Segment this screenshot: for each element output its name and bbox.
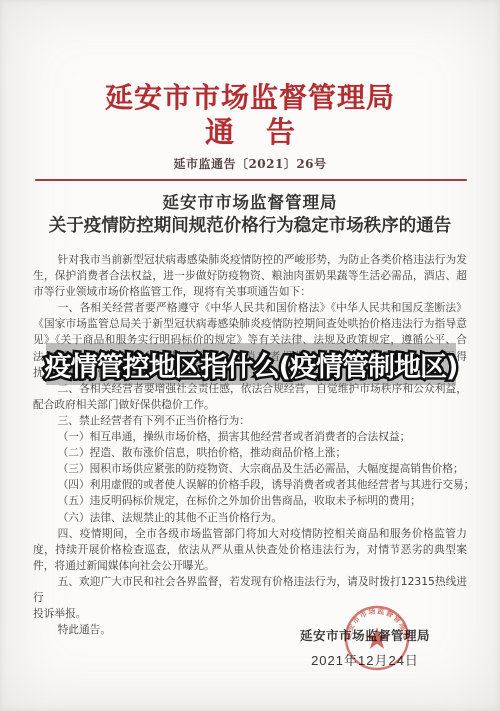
- body-line: （四）利用虚假的或者使人误解的价格手段，诱导消费者或者其他经营者与其进行交易；: [33, 477, 467, 493]
- body-line: （二）捏造、散布涨价信息，哄抬价格，推动商品价格上涨；: [33, 445, 467, 461]
- body-line: 四、疫情期间，全市各级市场监管部门将加大对疫情防控相关商品和服务价格监管力: [33, 526, 467, 542]
- notice-title-line1: 延安市市场监督管理局: [0, 189, 500, 213]
- notice-body: 针对我市当前新型冠状病毒感染肺炎疫情防控的严峻形势，为防止各类价格违法行为发生，…: [33, 252, 467, 638]
- notice-title-line2: 关于疫情防控期间规范价格行为稳定市场秩序的通告: [0, 212, 500, 237]
- notice-document-photo: 延安市市场监督管理局 通 告 延市监通告〔2021〕26号 延安市市场监督管理局…: [0, 0, 500, 711]
- caption-overlay-band: 疫情管控地区指什么(疫情管制地区): [46, 343, 456, 385]
- letterhead-notice-type: 通 告: [0, 110, 500, 151]
- caption-overlay-text: 疫情管控地区指什么(疫情管制地区): [45, 345, 458, 384]
- body-line: 配合政府相关部门做好保供稳价工作。: [33, 397, 467, 413]
- letterhead-rule: [35, 179, 467, 181]
- seal-star-icon: [366, 627, 389, 649]
- body-line: 一、各相关经营者要严格遵守《中华人民共和国价格法》《中华人民共和国反垄断法》: [33, 300, 467, 316]
- body-line: 件，将通过新闻媒体向社会公开曝光。: [33, 558, 467, 574]
- body-line: （六）法律、法规禁止的其他不正当价格行为。: [33, 510, 467, 526]
- official-seal: 延安市市场监督管理局: [340, 601, 414, 675]
- body-line: 针对我市当前新型冠状病毒感染肺炎疫情防控的严峻形势，为防止各类价格违法行为发: [33, 252, 467, 268]
- body-line: （一）相互串通，操纵市场价格，损害其他经营者或者消费者的合法权益；: [33, 429, 467, 445]
- body-line: 度，持续开展价格检查巡查，依法从严从重从快查处价格违法行为，对情节恶劣的典型案: [33, 542, 467, 558]
- body-line: 三、禁止经营者有下列不正当价格行为：: [33, 413, 467, 429]
- body-line: （三）囤积市场供应紧张的防疫物资、大宗商品及生活必需品，大幅度提高销售价格；: [33, 461, 467, 477]
- body-line: （五）违反明码标价规定，在标价之外加价出售商品，收取未予标明的费用；: [33, 493, 467, 509]
- body-line: 《国家市场监管总局关于新型冠状病毒感染肺炎疫情防控期间查处哄抬价格违法行为指导意: [33, 316, 467, 332]
- body-line: 市等行业领域市场价格监管工作，现将有关事项通告如下：: [33, 284, 467, 300]
- document-number: 延市监通告〔2021〕26号: [0, 155, 500, 172]
- body-line: 生，保护消费者合法权益，进一步做好防疫物资、粮油肉蛋奶果蔬等生活必需品，酒店、超: [33, 268, 467, 284]
